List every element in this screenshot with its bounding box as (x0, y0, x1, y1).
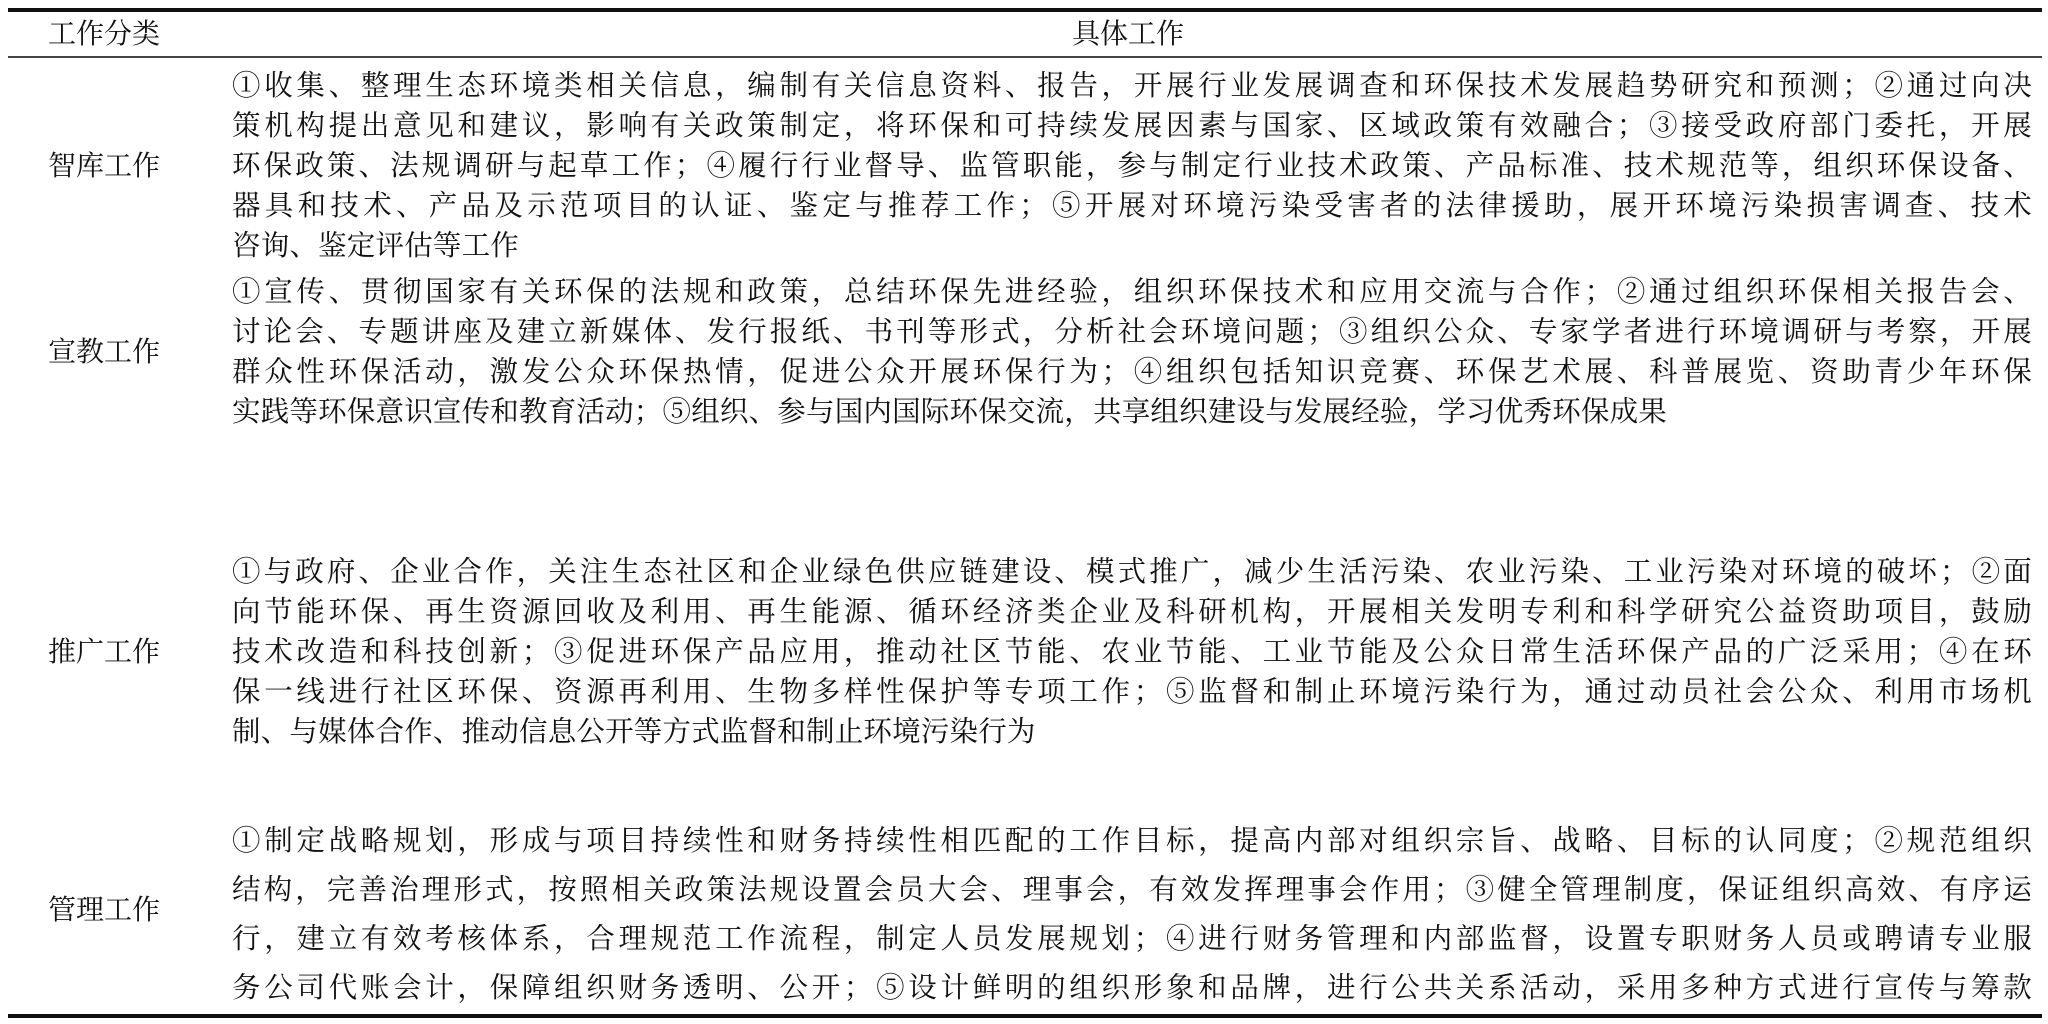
detail-line: 实践等环保意识宣传和教育活动；⑤组织、参与国内国际环保交流，共享组织建设与发展经… (232, 392, 2032, 432)
detail-line: 环保政策、法规调研与起草工作；④履行行业督导、监管职能，参与制定行业技术政策、产… (232, 146, 2032, 186)
row-category: 宣教工作 (48, 332, 218, 372)
detail-line: 咨询、鉴定评估等工作 (232, 226, 2032, 266)
row-detail: ①制定战略规划，形成与项目持续性和财务持续性相匹配的工作目标，提高内部对组织宗旨… (232, 816, 2032, 1012)
table-top-rule (8, 8, 2042, 12)
row-category: 智库工作 (48, 146, 218, 186)
work-classification-table: 工作分类 具体工作 智库工作 ①收集、整理生态环境类相关信息，编制有关信息资料、… (8, 0, 2042, 1024)
header-rule (8, 56, 2042, 58)
row-category: 推广工作 (48, 632, 218, 672)
header-category: 工作分类 (48, 14, 218, 54)
table-row-promotion: 推广工作 ①与政府、企业合作，关注生态社区和企业绿色供应链建设、模式推广，减少生… (8, 552, 2042, 752)
detail-line: 群众性环保活动，激发公众环保热情，促进公众开展环保行为；④组织包括知识竞赛、环保… (232, 352, 2032, 392)
row-detail: ①与政府、企业合作，关注生态社区和企业绿色供应链建设、模式推广，减少生活污染、农… (232, 552, 2032, 752)
detail-line: ①与政府、企业合作，关注生态社区和企业绿色供应链建设、模式推广，减少生活污染、农… (232, 552, 2032, 592)
detail-line: 策机构提出意见和建议，影响有关政策制定，将环保和可持续发展因素与国家、区域政策有… (232, 106, 2032, 146)
table-row-think-tank: 智库工作 ①收集、整理生态环境类相关信息，编制有关信息资料、报告，开展行业发展调… (8, 66, 2042, 266)
detail-line: 结构，完善治理形式，按照相关政策法规设置会员大会、理事会，有效发挥理事会作用；③… (232, 865, 2032, 914)
row-detail: ①宣传、贯彻国家有关环保的法规和政策，总结环保先进经验，组织环保技术和应用交流与… (232, 272, 2032, 432)
detail-line: 讨论会、专题讲座及建立新媒体、发行报纸、书刊等形式，分析社会环境问题；③组织公众… (232, 312, 2032, 352)
detail-line: 行，建立有效考核体系，合理规范工作流程，制定人员发展规划；④进行财务管理和内部监… (232, 914, 2032, 963)
detail-line: ①制定战略规划，形成与项目持续性和财务持续性相匹配的工作目标，提高内部对组织宗旨… (232, 816, 2032, 865)
header-detail: 具体工作 (228, 14, 2028, 54)
table-row-education: 宣教工作 ①宣传、贯彻国家有关环保的法规和政策，总结环保先进经验，组织环保技术和… (8, 272, 2042, 432)
detail-line: 向节能环保、再生资源回收及利用、再生能源、循环经济类企业及科研机构，开展相关发明… (232, 592, 2032, 632)
detail-line: ①收集、整理生态环境类相关信息，编制有关信息资料、报告，开展行业发展调查和环保技… (232, 66, 2032, 106)
detail-line: 器具和技术、产品及示范项目的认证、鉴定与推荐工作；⑤开展对环境污染受害者的法律援… (232, 186, 2032, 226)
table-row-management: 管理工作 ①制定战略规划，形成与项目持续性和财务持续性相匹配的工作目标，提高内部… (8, 816, 2042, 976)
detail-line: 技术改造和科技创新；③促进环保产品应用，推动社区节能、农业节能、工业节能及公众日… (232, 632, 2032, 672)
detail-line: 务公司代账会计，保障组织财务透明、公开；⑤设计鲜明的组织形象和品牌，进行公共关系… (232, 963, 2032, 1012)
row-detail: ①收集、整理生态环境类相关信息，编制有关信息资料、报告，开展行业发展调查和环保技… (232, 66, 2032, 266)
detail-line: ①宣传、贯彻国家有关环保的法规和政策，总结环保先进经验，组织环保技术和应用交流与… (232, 272, 2032, 312)
table-bottom-rule (8, 1014, 2042, 1018)
detail-line: 保一线进行社区环保、资源再利用、生物多样性保护等专项工作；⑤监督和制止环境污染行… (232, 672, 2032, 712)
detail-line: 制、与媒体合作、推动信息公开等方式监督和制止环境污染行为 (232, 712, 2032, 752)
row-category: 管理工作 (48, 890, 218, 930)
